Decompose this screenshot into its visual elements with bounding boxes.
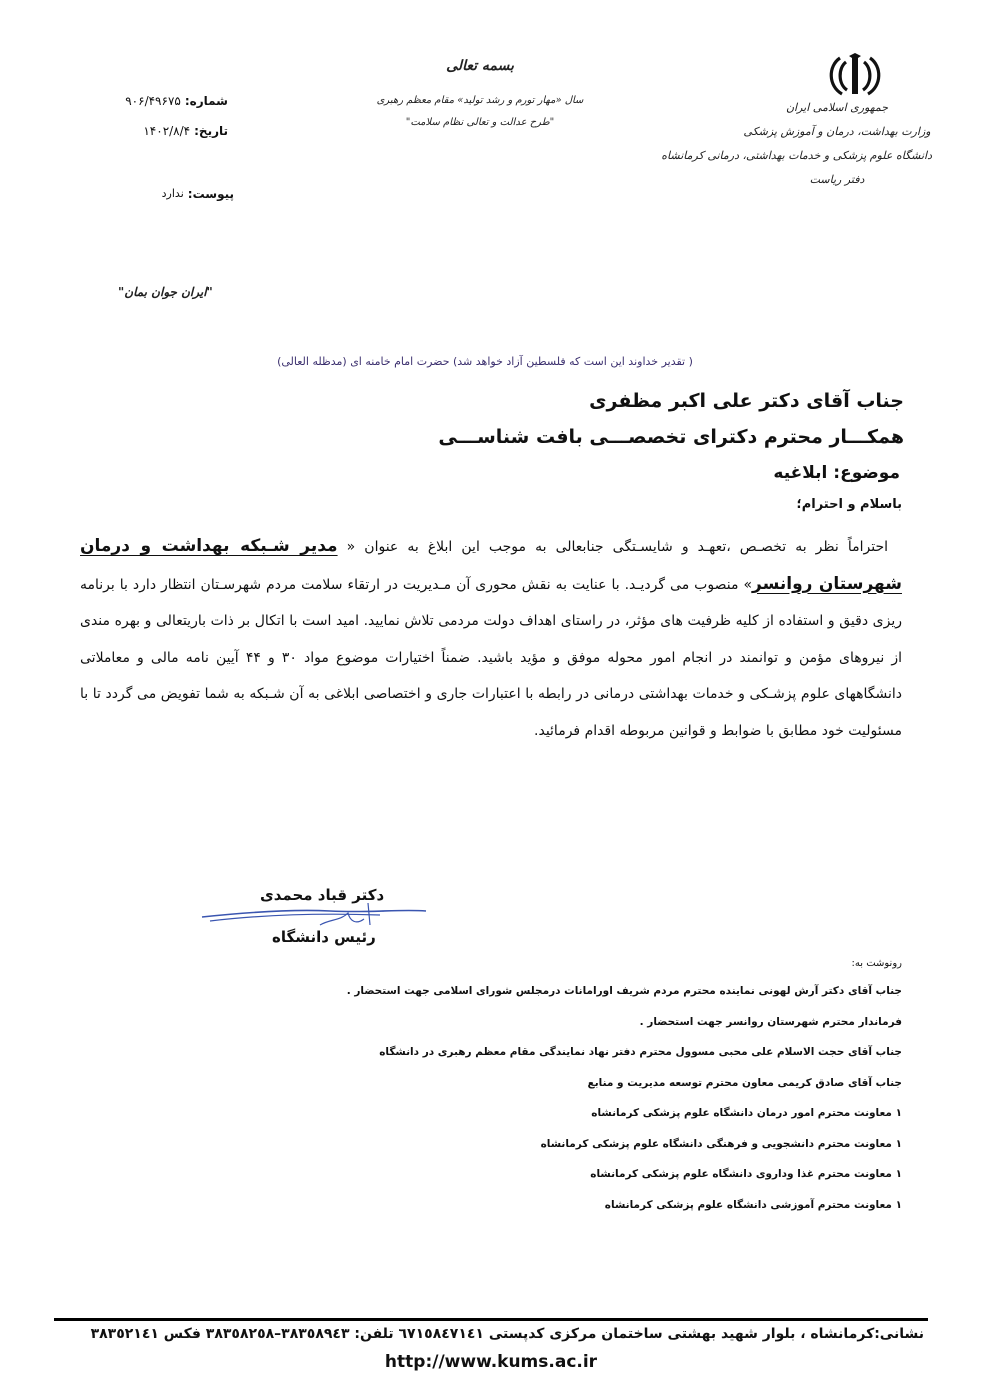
letter-body: احتراماً نظر به تخصـص ،تعهـد و شایسـتگی …: [80, 528, 902, 749]
year-slogan: سال «مهار تورم و رشد تولید» مقام معظم ره…: [370, 90, 590, 112]
number-label: شماره:: [185, 94, 228, 108]
footer-divider: [54, 1318, 928, 1321]
subject: موضوع: ابلاغیه: [404, 455, 904, 491]
footer-address: نشانی:کرمانشاه ، بلوار شهید بهشتی ساختما…: [54, 1326, 924, 1342]
cc-heading: رونوشت به:: [302, 958, 902, 969]
motto: "ایران جوان بمان": [118, 285, 213, 299]
letter-number: شماره: ۹۰۶/۴۹۶۷۵: [125, 94, 228, 108]
organization-header: جمهوری اسلامی ایران وزارت بهداشت، درمان …: [742, 96, 932, 192]
cc-item: ۱ معاونت محترم امور درمان دانشگاه علوم پ…: [302, 1098, 902, 1129]
body-part-1: احتراماً نظر به تخصـص ،تعهـد و شایسـتگی …: [347, 539, 888, 555]
cc-item: ۱ معاونت محترم آموزشی دانشگاه علوم پزشکی…: [302, 1190, 902, 1221]
addressee-name: جناب آقای دکتر علی اکبر مظفری: [404, 383, 904, 419]
greeting: باسلام و احترام؛: [797, 497, 902, 512]
center-header: بسمه تعالی سال «مهار تورم و رشد تولید» م…: [370, 58, 590, 134]
date-value: ۱۴۰۲/۸/۴: [143, 124, 190, 138]
website-link[interactable]: http://www.kums.ac.ir: [0, 1352, 982, 1372]
org-line: دفتر ریاست: [742, 168, 932, 192]
number-value: ۹۰۶/۴۹۶۷۵: [125, 94, 181, 108]
attachment-value: ندارد: [162, 187, 184, 201]
cc-item: فرماندار محترم شهرستان روانسر جهت استحضا…: [302, 1007, 902, 1038]
letter-date: تاریخ: ۱۴۰۲/۸/۴: [143, 124, 228, 138]
org-line: وزارت بهداشت، درمان و آموزش پزشکی: [742, 120, 932, 144]
cc-item: جناب آقای دکتر آرش لهونی نماینده محترم م…: [302, 976, 902, 1007]
cc-item: جناب آقای صادق کریمی معاون محترم توسعه م…: [302, 1068, 902, 1099]
carbon-copy-list: رونوشت به: جناب آقای دکتر آرش لهونی نمای…: [302, 958, 902, 1220]
cc-item: ۱ معاونت محترم دانشجویی و فرهنگی دانشگاه…: [302, 1129, 902, 1160]
signatory-title: رئیس دانشگاه: [272, 928, 376, 946]
signature-block: دکتر قباد محمدی رئیس دانشگاه: [200, 880, 430, 960]
addressee: جناب آقای دکتر علی اکبر مظفری همکـــار م…: [404, 383, 904, 491]
org-line: جمهوری اسلامی ایران: [742, 96, 932, 120]
cc-item: ۱ معاونت محترم غذا وداروی دانشگاه علوم پ…: [302, 1159, 902, 1190]
bismillah: بسمه تعالی: [370, 58, 590, 74]
addressee-title: همکـــار محترم دکترای تخصصـــی بافت شناس…: [404, 419, 904, 455]
attachment-label: پیوست:: [188, 187, 234, 201]
body-paragraph: احتراماً نظر به تخصـص ،تعهـد و شایسـتگی …: [80, 528, 902, 749]
letter-attachment: پیوست: ندارد: [162, 187, 234, 201]
date-label: تاریخ:: [194, 124, 228, 138]
org-line: دانشگاه علوم پزشکی و خدمات بهداشتی، درما…: [742, 144, 932, 168]
leader-quote: ( تقدیر خداوند این است که فلسطین آزاد خو…: [270, 355, 700, 368]
plan-slogan: "طرح عدالت و تعالی نظام سلامت": [370, 112, 590, 134]
cc-item: جناب آقای حجت الاسلام علی محبی مسوول محت…: [302, 1037, 902, 1068]
iran-emblem-icon: [820, 52, 890, 98]
body-part-2: » منصوب می گردیـد. با عنایت به نقش محوری…: [80, 577, 902, 739]
